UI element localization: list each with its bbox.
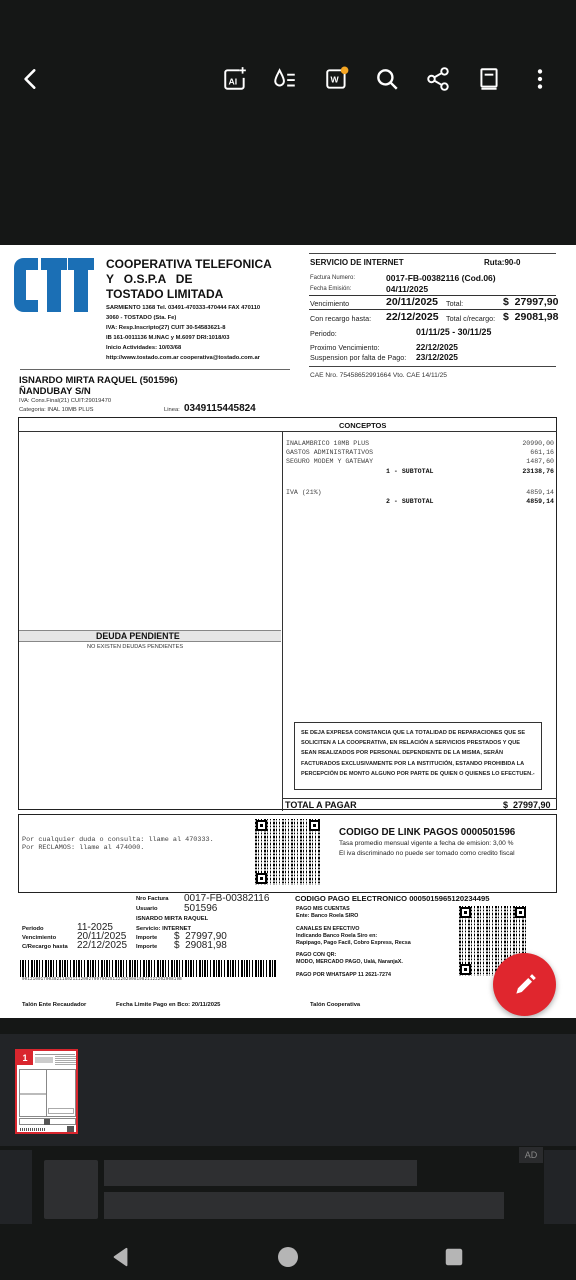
linea-label: Linea: [164,407,180,413]
home-circle-icon [276,1245,300,1269]
ai-icon[interactable]: AI [220,64,250,94]
system-nav-bar [0,1232,576,1280]
link-pagos-qr-code [255,819,321,885]
barcode-digits: 0012100170038211602111200279979025122202… [22,978,182,982]
svg-text:AI: AI [229,76,238,86]
separator [0,1018,576,1034]
nav-back-button[interactable] [106,1242,136,1272]
iva-value: 4859,14 [526,489,554,496]
pdf-page[interactable]: COOPERATIVA TELEFONICA Y O.S.P.A DE TOST… [0,245,576,1018]
emision-label: Fecha Emisión: [310,286,351,292]
company-web: http://www.tostado.com.ar cooperativa@to… [106,355,260,361]
vencimiento-label: Vencimiento [310,299,349,308]
total-pagar-label: TOTAL A PAGAR [285,800,357,810]
total-pagar-amount: $ 27997,90 [503,800,551,810]
subtotal-1-label: 1 - SUBTOTAL [386,468,433,475]
ink-mode-icon[interactable] [270,64,300,94]
talon-ente-label: Talón Ente Recaudador [22,1002,86,1008]
divider [20,369,290,370]
cae-info: CAE Nro. 75458652991664 Vto. CAE 14/11/2… [310,372,447,379]
conceptos-title: CONCEPTOS [339,421,386,430]
company-name-line1: COOPERATIVA TELEFONICA [106,257,272,271]
talon-cooperativa-label: Talón Cooperativa [310,1002,360,1008]
pago-mis-cuentas-title: PAGO MIS CUENTAS [296,906,350,912]
customer-address: ÑANDUBAY S/N [19,386,91,397]
iva-note: El iva discriminado no puede ser tomado … [339,850,515,857]
divider [309,253,556,254]
concept-item-3-label: SEGURO MODEM Y GATEWAY [286,458,373,465]
ctt-logo [14,258,94,312]
ad-label: AD [519,1147,543,1163]
recargo-label: Con recargo hasta: [310,314,371,323]
concept-item-2-label: GASTOS ADMINISTRATIVOS [286,449,373,456]
page-thumbnail-1[interactable]: 1 [15,1049,78,1134]
suspension-value: 23/12/2025 [416,352,458,362]
iva-label: IVA (21%) [286,489,322,496]
total-recargo-amount: $ 29081,98 [503,311,558,323]
suspension-label: Suspension por falta de Pago: [310,353,406,362]
back-icon[interactable] [16,64,46,94]
search-icon[interactable] [372,64,402,94]
efectivo-title: CANALES EN EFECTIVO [296,926,360,932]
divider [282,798,557,799]
ad-side-left [0,1150,32,1224]
ad-text-placeholder [104,1192,504,1219]
total-amount: $ 27997,90 [503,296,558,308]
vencimiento-date: 20/11/2025 [386,296,438,308]
total-label: Total: [446,299,463,308]
talon-nombre: ISNARDO MIRTA RAQUEL [136,916,208,922]
qr-pago-text: MODO, MERCADO PAGO, Ualá, NaranjaX. [296,959,403,965]
more-options-icon[interactable] [525,64,555,94]
prox-venc-label: Proximo Vencimiento: [310,343,380,352]
factura-number: 0017-FB-00382116 (Cod.06) [386,273,496,283]
divider [309,366,556,367]
pencil-icon [512,972,538,998]
recents-square-icon [443,1246,465,1268]
company-iva: IVA: Resp.Inscripto(27) CUIT 30-54583621… [106,325,225,331]
talon-usuario-value: 501596 [184,903,217,914]
service-type: SERVICIO DE INTERNET [310,258,404,267]
ad-side-right [544,1150,576,1224]
talon-nro-factura-label: Nro Factura [136,896,169,902]
reading-mode-icon[interactable] [474,64,504,94]
edit-fab-button[interactable] [493,953,556,1016]
concept-item-2-value: 661,16 [530,449,554,456]
subtotal-2-value: 4859,14 [526,498,554,505]
company-name-line2: Y O.S.P.A DE [106,272,192,286]
subtotal-1-value: 23138,76 [522,468,554,475]
page-thumbnail-strip: 1 [0,1034,576,1146]
repairs-notice: SE DEJA EXPRESA CONSTANCIA QUE LA TOTALI… [294,722,542,790]
codigo-pago-electronico: CODIGO PAGO ELECTRONICO 0005015965120234… [295,894,489,903]
concept-item-3-value: 1487,60 [526,458,554,465]
pago-mis-cuentas-text: Ente: Banco Roela SIRO [296,913,358,919]
top-toolbar: AI W [0,50,576,110]
talon-importe-label: Importe [136,935,157,941]
nav-recents-button[interactable] [439,1242,469,1272]
qr-pago-title: PAGO CON QR: [296,952,336,958]
deuda-title: DEUDA PENDIENTE [96,631,180,641]
translate-icon[interactable]: W [322,64,352,94]
company-inicio: Inicio Actividades: 10/03/68 [106,345,181,351]
page-number-badge: 1 [17,1051,33,1065]
tasa-info: Tasa promedio mensual vigente a fecha de… [339,840,513,847]
company-address: SARMIENTO 1368 Tel. 03491-470333-470444 … [106,305,260,311]
divider [18,431,557,432]
ruta: Ruta:90-0 [484,258,520,267]
back-triangle-icon [110,1246,132,1268]
ad-title-placeholder [104,1160,417,1186]
talon-usuario-label: Usuario [136,906,158,912]
total-recargo-label: Total c/recargo: [446,314,495,323]
periodo-value: 01/11/25 - 30/11/25 [416,327,491,337]
factura-label: Factura Numero: [310,275,355,281]
talon-recargo-value: 22/12/2025 [77,940,127,951]
whatsapp-pago: PAGO POR WHATSAPP 11 2621-7274 [296,972,391,978]
ad-image-placeholder [44,1160,98,1219]
subtotal-2-label: 2 - SUBTOTAL [386,498,433,505]
customer-categoria: Categoria: INAL 10MB PLUS [19,407,94,413]
company-name-line3: TOSTADO LIMITADA [106,287,223,301]
company-ib: IB 161-0011136 M.INAC y M.6097 DRI:1018/… [106,335,229,341]
fecha-limite: Fecha Limite Pago en Bco: 20/11/2025 [116,1002,220,1008]
customer-iva: IVA: Cons.Final(21) CUIT:29019470 [19,398,111,404]
periodo-label: Periodo: [310,329,337,338]
payment-barcode [20,960,276,977]
share-icon[interactable] [423,64,453,94]
talon-recargo-label: C/Recargo hasta [22,944,68,950]
efectivo-line-2: Rapipago, Pago Facil, Cobro Express, Rec… [296,940,411,946]
contact-line-1: Por cualquier duda o consulta: llame al … [22,836,214,844]
customer-name: ISNARDO MIRTA RAQUEL (501596) [19,375,178,386]
talon-periodo-label: Periodo [22,926,44,932]
prox-venc-value: 22/12/2025 [416,342,458,352]
deuda-text: NO EXISTEN DEUDAS PENDIENTES [87,644,183,650]
talon-importe-label: Importe [136,944,157,950]
ad-banner[interactable] [0,1148,576,1232]
divider [309,309,556,310]
concept-item-1-value: 20990,00 [522,440,554,447]
concept-item-1-label: INALAMBRICO 10MB PLUS [286,440,369,447]
talon-importe-2: $ 29081,98 [174,940,227,951]
svg-text:W: W [331,74,340,84]
recargo-date: 22/12/2025 [386,311,439,323]
divider [282,431,283,811]
talon-vencimiento-label: Vencimiento [22,935,56,941]
efectivo-line-1: Indicando Banco Roela Siro en: [296,933,377,939]
contact-line-2: Por RECLAMOS: llame al 474000. [22,844,144,852]
link-pagos-code: CODIGO DE LINK PAGOS 0000501596 [339,827,515,838]
emision-date: 04/11/2025 [386,284,428,294]
company-city: 3060 - TOSTADO (Sta. Fe) [106,315,176,321]
pdf-viewer-screen: AI W COOPERATIVA TELEFONICA Y O.S.P. [0,0,576,1280]
linea-number: 0349115445824 [184,403,256,414]
nav-home-button[interactable] [273,1242,303,1272]
